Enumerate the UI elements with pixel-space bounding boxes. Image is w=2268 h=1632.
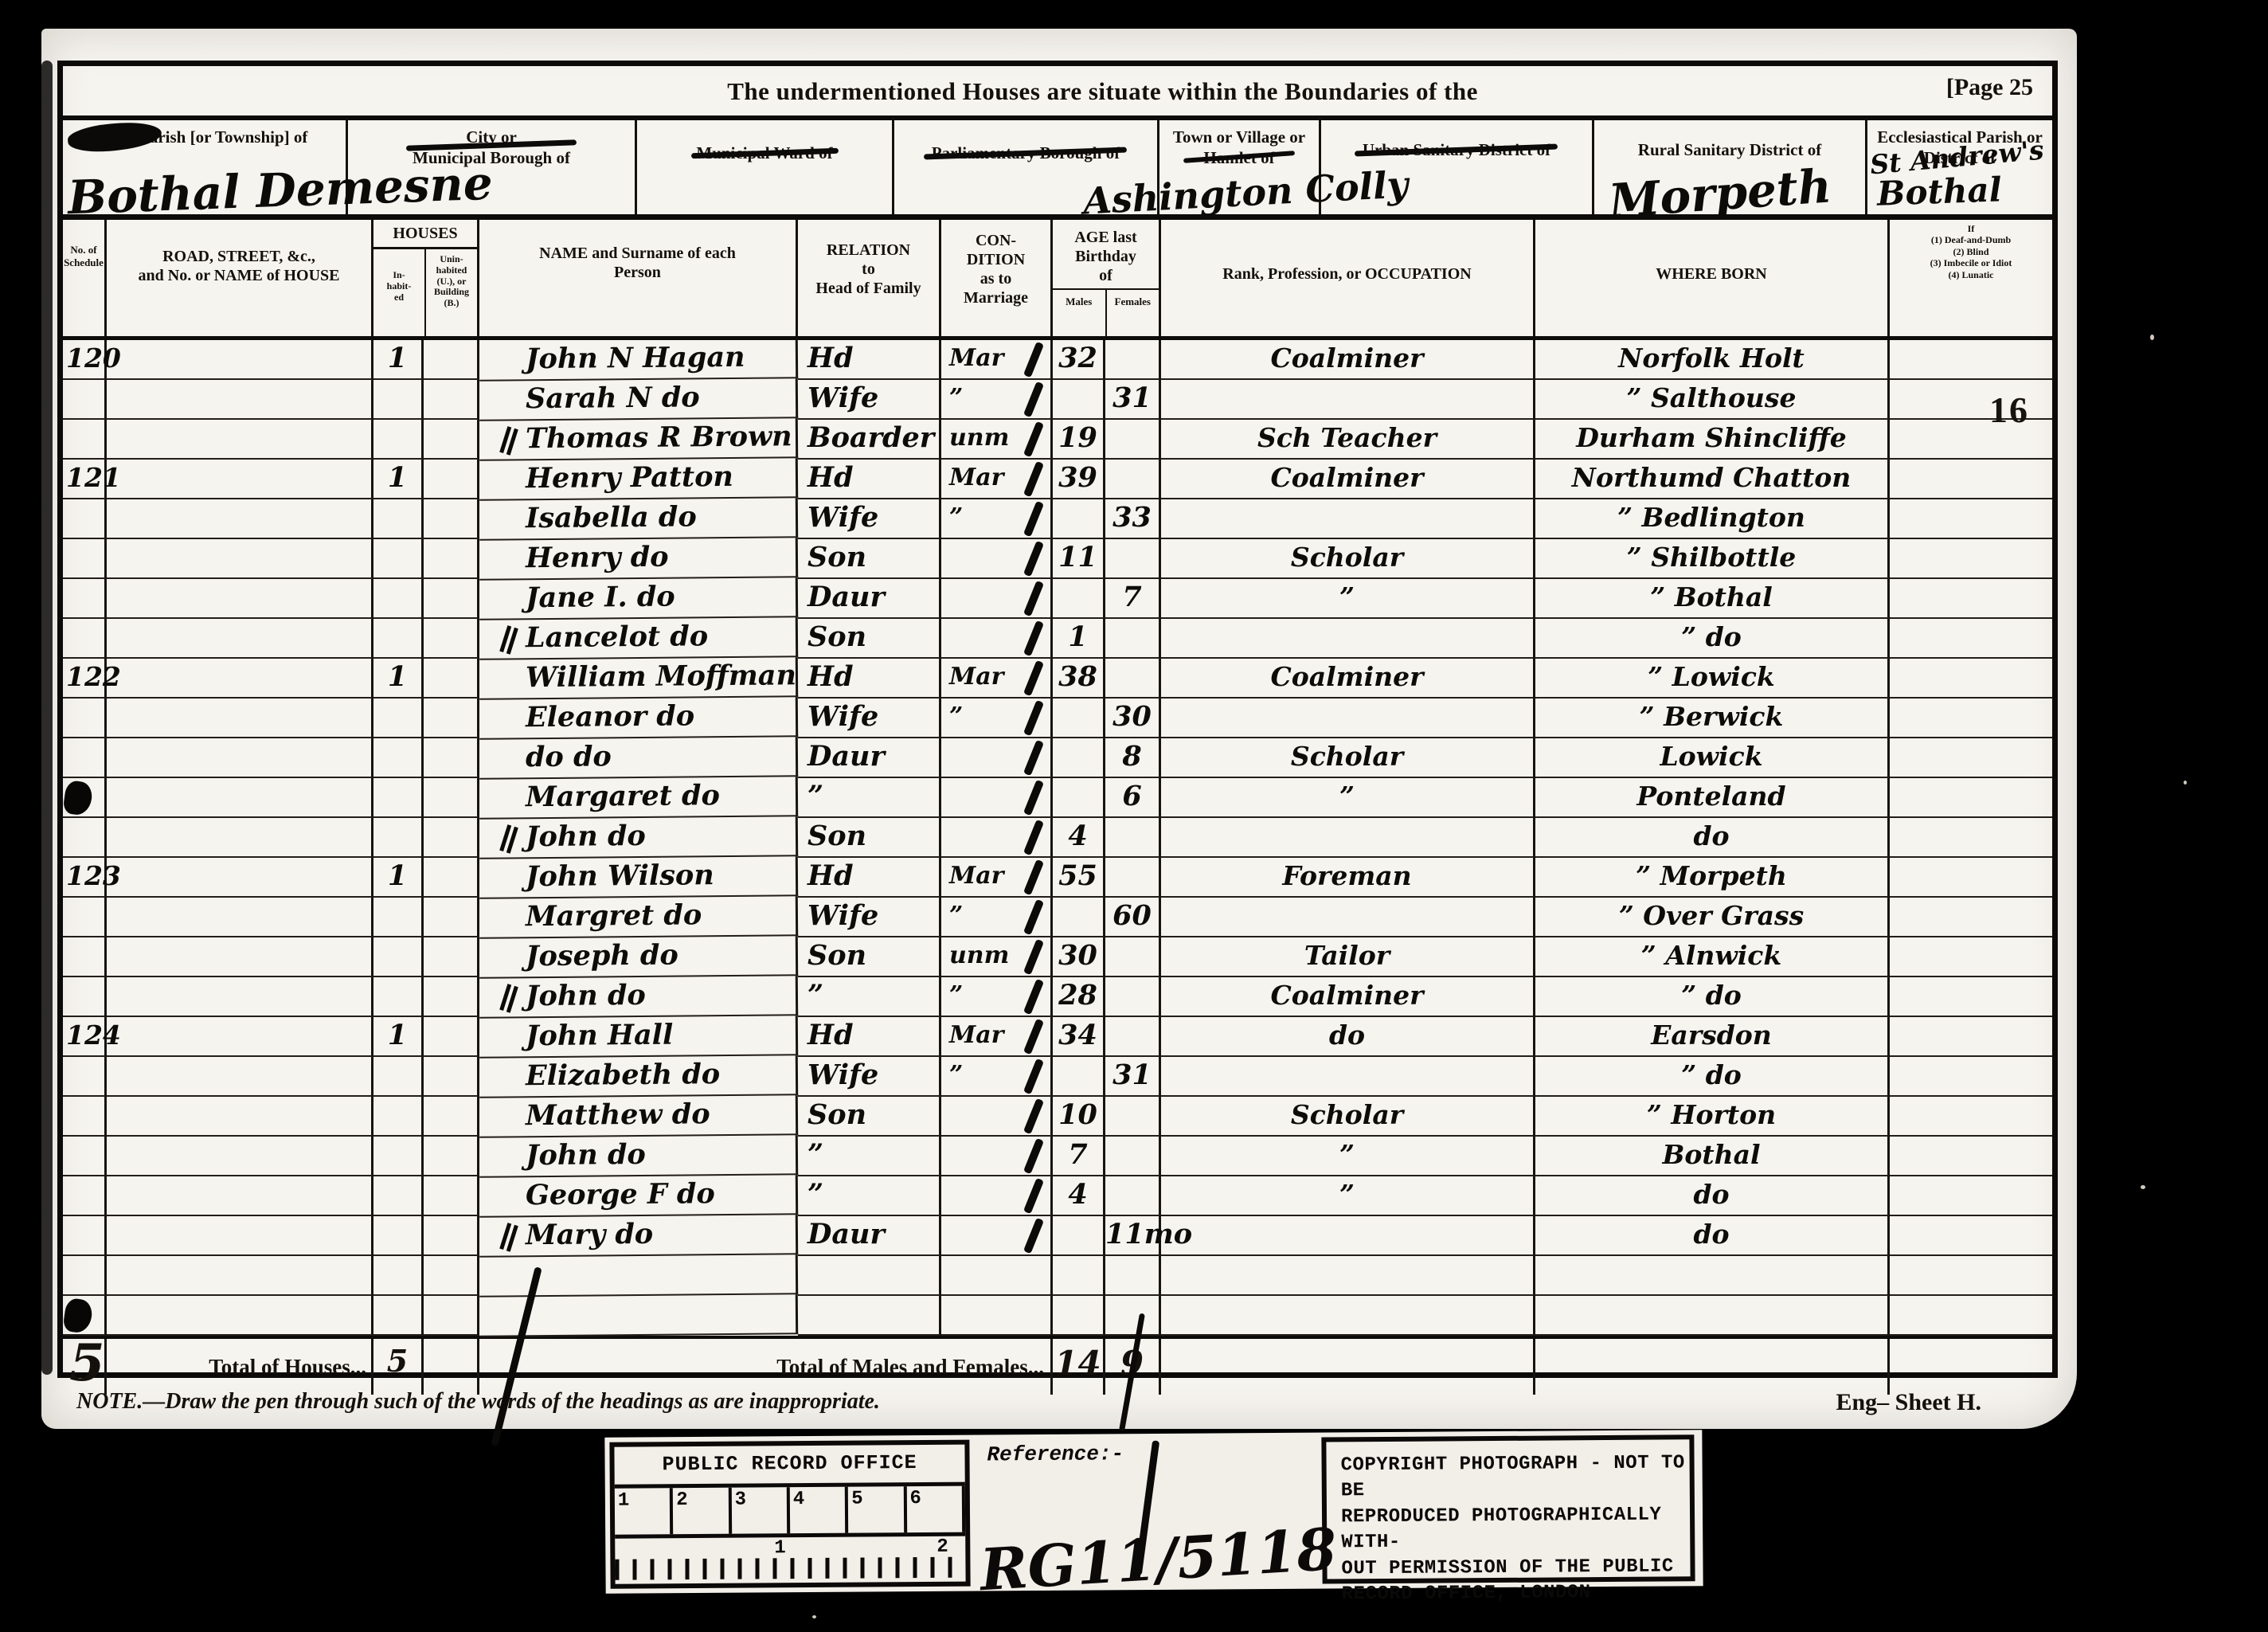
cell-name: Henry do	[479, 538, 798, 580]
copyright-line: REPRODUCED PHOTOGRAPHICALLY WITH-	[1341, 1502, 1690, 1556]
ruler-inch-scale: 123456	[615, 1482, 965, 1535]
cell-uninhabited	[424, 579, 479, 619]
ink-blot	[62, 1297, 94, 1334]
cell-age-female: 7	[1105, 579, 1161, 619]
cell-age-female: 31	[1105, 1057, 1161, 1097]
ruler-inch-segment: 6	[906, 1486, 965, 1533]
cell-age-male: 30	[1053, 937, 1105, 977]
ruler-inch-segment: 3	[731, 1487, 790, 1534]
tally-stroke	[1023, 501, 1044, 537]
ruler-inch-segment: 2	[673, 1488, 732, 1535]
form-title: The undermentioned Houses are situate wi…	[727, 77, 1478, 106]
cell-relation: Son	[798, 1097, 941, 1137]
cell-age-male	[1053, 699, 1105, 738]
pro-office-title: PUBLIC RECORD OFFICE	[614, 1445, 964, 1477]
dust-speck	[812, 1615, 816, 1618]
cell-name: Elizabeth do	[479, 1055, 798, 1098]
cell-age-female: 60	[1105, 898, 1161, 937]
cell-infirmity	[1890, 1176, 2052, 1216]
cell-age-male: 7	[1053, 1137, 1105, 1176]
cell-age-female	[1105, 818, 1161, 858]
tally-stroke	[1023, 939, 1044, 975]
name-text: John do	[526, 1138, 646, 1172]
cell-occupation: Tailor	[1161, 937, 1535, 977]
cell-age-male	[1053, 1057, 1105, 1097]
cell-road	[107, 619, 373, 659]
name-text: Thomas R Brown	[526, 420, 792, 455]
cell-occupation: Coalminer	[1161, 977, 1535, 1017]
ruler-cm-scale: 1 2	[615, 1532, 965, 1580]
cell-condition: Mar	[941, 1017, 1053, 1057]
cell-occupation: Coalminer	[1161, 460, 1535, 499]
cell-age-male	[1053, 1256, 1105, 1296]
totals-schedule-mark: 5	[63, 1339, 107, 1395]
cell-infirmity	[1890, 1057, 2052, 1097]
cell-inhabited	[373, 937, 424, 977]
cell-name: do do	[479, 737, 798, 779]
cell-schedule	[63, 1176, 107, 1216]
col-inhabited: In- habit- ed	[373, 249, 426, 336]
cell-road	[107, 1057, 373, 1097]
col-houses: HOUSES	[373, 220, 477, 249]
page-number: [Page 25	[1946, 74, 2033, 101]
cell-age-male	[1053, 738, 1105, 778]
name-text: John N Hagan	[526, 341, 745, 375]
cell-age-male: 28	[1053, 977, 1105, 1017]
ruler-cm-number: 1	[774, 1537, 786, 1559]
condition-text: Mar	[949, 464, 1003, 491]
sheet-label: Eng– Sheet H.	[1836, 1389, 1981, 1416]
pro-reference-box: Reference:- RG11/5118	[974, 1433, 1322, 1591]
cell-relation	[798, 1296, 941, 1336]
cell-where-born: ” Horton	[1535, 1097, 1890, 1137]
cell-condition: ”	[941, 977, 1053, 1017]
cell-schedule: 124	[63, 1017, 107, 1057]
cell-occupation	[1161, 619, 1535, 659]
cell-condition	[941, 579, 1053, 619]
cell-road	[107, 1256, 373, 1296]
table-row: Joseph do Son unm 30 Tailor ” Alnwick	[63, 937, 2052, 977]
ink-blot	[67, 119, 163, 155]
name-text: Sarah N do	[526, 381, 700, 415]
cell-occupation	[1161, 380, 1535, 420]
cell-road	[107, 1216, 373, 1256]
cell-name: William Moffman	[479, 657, 798, 699]
cell-uninhabited	[424, 818, 479, 858]
cell-age-male: 39	[1053, 460, 1105, 499]
cell-name: John Hall	[479, 1016, 798, 1058]
tally-stroke	[1023, 620, 1044, 656]
cell-relation: Son	[798, 619, 941, 659]
cell-infirmity	[1890, 340, 2052, 380]
cell-schedule	[63, 1097, 107, 1137]
tally-stroke	[1023, 421, 1044, 457]
cell-inhabited	[373, 898, 424, 937]
district-cell-ward: Municipal Ward of	[637, 120, 894, 214]
cell-age-female	[1105, 340, 1161, 380]
cell-condition	[941, 1097, 1053, 1137]
cell-schedule	[63, 738, 107, 778]
cell-uninhabited	[424, 499, 479, 539]
tally-stroke	[1023, 1098, 1044, 1134]
cell-schedule	[63, 380, 107, 420]
cell-road	[107, 1296, 373, 1336]
cell-age-male	[1053, 898, 1105, 937]
cell-inhabited	[373, 1216, 424, 1256]
cell-condition: Mar	[941, 340, 1053, 380]
cell-inhabited	[373, 1097, 424, 1137]
cell-relation: ”	[798, 778, 941, 818]
cell-occupation: ”	[1161, 778, 1535, 818]
name-text: Lancelot do	[526, 620, 708, 654]
district-cell-town: Town or Village or Hamlet of Ashington C…	[1159, 120, 1321, 214]
tally-stroke	[1023, 899, 1044, 935]
cell-uninhabited	[424, 1017, 479, 1057]
cell-inhabited: 1	[373, 340, 424, 380]
cell-inhabited	[373, 420, 424, 460]
tally-stroke	[1023, 700, 1044, 736]
cell-age-female: 31	[1105, 380, 1161, 420]
totals-spacer-2	[1161, 1339, 1535, 1395]
cell-road	[107, 499, 373, 539]
cell-where-born: Bothal	[1535, 1137, 1890, 1176]
cell-where-born	[1535, 1296, 1890, 1336]
cell-name: John do	[479, 816, 798, 859]
cell-name: John do	[479, 1135, 798, 1177]
cell-inhabited	[373, 1137, 424, 1176]
tally-stroke	[1023, 342, 1044, 378]
cell-uninhabited	[424, 1216, 479, 1256]
cell-age-female: 6	[1105, 778, 1161, 818]
cell-road	[107, 460, 373, 499]
cell-where-born: do	[1535, 818, 1890, 858]
cell-age-female	[1105, 1017, 1161, 1057]
cell-uninhabited	[424, 1296, 479, 1336]
name-text: John Wilson	[526, 859, 714, 893]
cell-condition: unm	[941, 420, 1053, 460]
cell-relation: Hd	[798, 340, 941, 380]
table-row: Sarah N do Wife ” 31 ” Salthouse	[63, 380, 2052, 420]
cell-age-female	[1105, 977, 1161, 1017]
cell-relation: Boarder	[798, 420, 941, 460]
condition-text: ”	[949, 1061, 963, 1089]
cell-name: Jane I. do	[479, 577, 798, 620]
dust-speck	[2141, 1185, 2145, 1189]
table-row: George F do ” 4 ” do	[63, 1176, 2052, 1216]
cell-occupation	[1161, 1216, 1535, 1256]
cell-road	[107, 420, 373, 460]
name-text: Isabella do	[526, 500, 697, 534]
cell-condition	[941, 818, 1053, 858]
cell-condition: Mar	[941, 460, 1053, 499]
name-text: Henry do	[526, 541, 669, 575]
cell-occupation: ”	[1161, 1137, 1535, 1176]
cell-where-born: do	[1535, 1216, 1890, 1256]
cell-age-male: 34	[1053, 1017, 1105, 1057]
scan-backdrop: { "page": { "title": "The undermentioned…	[0, 0, 2268, 1632]
cell-occupation	[1161, 898, 1535, 937]
cell-infirmity	[1890, 699, 2052, 738]
cell-inhabited	[373, 738, 424, 778]
cell-road	[107, 539, 373, 579]
condition-text: Mar	[949, 862, 1003, 890]
cell-road	[107, 1097, 373, 1137]
table-row: Lancelot do Son 1 ” do	[63, 619, 2052, 659]
cell-uninhabited	[424, 539, 479, 579]
cell-occupation	[1161, 818, 1535, 858]
cell-condition: unm	[941, 937, 1053, 977]
table-row: Henry do Son 11 Scholar ” Shilbottle	[63, 539, 2052, 579]
cell-schedule: 121	[63, 460, 107, 499]
cell-infirmity	[1890, 1256, 2052, 1296]
reference-value: RG11/5118	[978, 1515, 1338, 1603]
totals-males-females-label: Total of Males and Females...	[479, 1339, 1053, 1395]
col-age: AGE last Birthday of	[1053, 220, 1159, 288]
cell-where-born: ” Salthouse	[1535, 380, 1890, 420]
cell-condition	[941, 1216, 1053, 1256]
table-row: Elizabeth do Wife ” 31 ” do	[63, 1057, 2052, 1097]
totals-spacer-4	[1890, 1339, 2052, 1395]
cell-age-female: 11mo	[1105, 1216, 1161, 1256]
cell-inhabited	[373, 380, 424, 420]
cell-where-born: Northumd Chatton	[1535, 460, 1890, 499]
cell-road	[107, 818, 373, 858]
cell-age-female	[1105, 420, 1161, 460]
cell-name: Joseph do	[479, 936, 798, 978]
col-relation: RELATION to Head of Family	[798, 220, 941, 336]
cell-age-male	[1053, 778, 1105, 818]
name-text: Eleanor do	[526, 699, 695, 734]
cell-relation: Hd	[798, 659, 941, 699]
cell-road	[107, 858, 373, 898]
name-text: Joseph do	[526, 939, 678, 973]
cell-road	[107, 778, 373, 818]
cell-where-born: ” do	[1535, 619, 1890, 659]
cell-occupation: Scholar	[1161, 1097, 1535, 1137]
cell-name: Isabella do	[479, 498, 798, 540]
table-row	[63, 1256, 2052, 1296]
cell-relation: ”	[798, 1137, 941, 1176]
condition-text: ”	[949, 981, 963, 1009]
rural-label: Rural Sanitary District of	[1638, 139, 1821, 160]
district-cell-rural: Rural Sanitary District of Morpeth	[1594, 120, 1867, 214]
cell-relation: Wife	[798, 380, 941, 420]
cell-age-female	[1105, 1296, 1161, 1336]
cell-occupation: Sch Teacher	[1161, 420, 1535, 460]
cell-schedule	[63, 1256, 107, 1296]
cell-inhabited	[373, 579, 424, 619]
cell-condition	[941, 738, 1053, 778]
cell-where-born: ” Alnwick	[1535, 937, 1890, 977]
cell-age-female	[1105, 539, 1161, 579]
cell-occupation: ”	[1161, 1176, 1535, 1216]
table-row: Mary do Daur 11mo do	[63, 1216, 2052, 1256]
table-row: Thomas R Brown Boarder unm 19 Sch Teache…	[63, 420, 2052, 460]
cell-where-born: ” do	[1535, 1057, 1890, 1097]
tally-stroke	[1023, 1138, 1044, 1174]
cell-where-born: ” Berwick	[1535, 699, 1890, 738]
cell-uninhabited	[424, 699, 479, 738]
dust-speck	[2150, 335, 2154, 340]
cell-infirmity	[1890, 579, 2052, 619]
name-text: Elizabeth do	[526, 1058, 721, 1092]
cell-infirmity	[1890, 1017, 2052, 1057]
totals-males-value: 14	[1053, 1339, 1105, 1395]
tally-stroke	[1023, 660, 1044, 696]
cell-occupation: Coalminer	[1161, 659, 1535, 699]
cell-schedule	[63, 1296, 107, 1336]
table-row: Eleanor do Wife ” 30 ” Berwick	[63, 699, 2052, 738]
tally-stroke	[1023, 581, 1044, 616]
cell-uninhabited	[424, 898, 479, 937]
tally-stroke	[1023, 1178, 1044, 1214]
copyright-line: RECORD OFFICE, LONDON	[1342, 1579, 1691, 1607]
cell-age-male: 38	[1053, 659, 1105, 699]
cell-infirmity	[1890, 539, 2052, 579]
cell-relation: ”	[798, 1176, 941, 1216]
cell-where-born: do	[1535, 1176, 1890, 1216]
col-uninhabited: Unin- habited (U.), or Building (B.)	[426, 249, 477, 336]
cell-road	[107, 738, 373, 778]
cell-relation: Hd	[798, 1017, 941, 1057]
col-where-born: WHERE BORN	[1535, 220, 1890, 336]
cell-road	[107, 579, 373, 619]
cell-age-female	[1105, 1176, 1161, 1216]
table-body: 120 1 John N Hagan Hd Mar 32 Coalminer N…	[63, 340, 2052, 1336]
cell-age-male: 4	[1053, 818, 1105, 858]
cell-schedule	[63, 1137, 107, 1176]
cell-name: Matthew do	[479, 1095, 798, 1137]
cell-schedule	[63, 898, 107, 937]
condition-text: unm	[949, 941, 1009, 969]
cell-inhabited: 1	[373, 858, 424, 898]
tally-stroke	[1023, 1019, 1044, 1055]
condition-text: ”	[949, 703, 963, 730]
name-text: Mary do	[526, 1218, 654, 1251]
cell-age-female: 33	[1105, 499, 1161, 539]
cell-age-female	[1105, 937, 1161, 977]
cell-age-male: 11	[1053, 539, 1105, 579]
cell-inhabited: 1	[373, 460, 424, 499]
cell-age-female	[1105, 1256, 1161, 1296]
name-text: William Moffman	[526, 659, 796, 694]
cell-condition: ”	[941, 699, 1053, 738]
cell-occupation: Coalminer	[1161, 340, 1535, 380]
table-row: 121 1 Henry Patton Hd Mar 39 Coalminer N…	[63, 460, 2052, 499]
cell-occupation	[1161, 699, 1535, 738]
name-text: Margret do	[526, 898, 702, 933]
form-title-row: The undermentioned Houses are situate wi…	[63, 66, 2052, 120]
tally-stroke	[1023, 1059, 1044, 1094]
cell-uninhabited	[424, 778, 479, 818]
cell-where-born: Lowick	[1535, 738, 1890, 778]
cell-where-born: ” Bothal	[1535, 579, 1890, 619]
cell-occupation: ”	[1161, 579, 1535, 619]
cell-condition: Mar	[941, 858, 1053, 898]
cell-age-male: 1	[1053, 619, 1105, 659]
cell-infirmity	[1890, 619, 2052, 659]
cell-road	[107, 659, 373, 699]
cell-schedule	[63, 977, 107, 1017]
cell-infirmity	[1890, 1137, 2052, 1176]
cell-age-female: 30	[1105, 699, 1161, 738]
condition-text: Mar	[949, 663, 1003, 691]
pro-ruler-box: PUBLIC RECORD OFFICE 123456 1 2	[609, 1440, 970, 1589]
name-text: do do	[526, 740, 612, 773]
cell-infirmity	[1890, 499, 2052, 539]
form-note: NOTE.—Draw the pen through such of the w…	[76, 1389, 880, 1415]
cell-infirmity	[1890, 1296, 2052, 1336]
cell-relation: Hd	[798, 858, 941, 898]
cell-infirmity	[1890, 977, 2052, 1017]
cell-relation: Wife	[798, 1057, 941, 1097]
cell-where-born: Norfolk Holt	[1535, 340, 1890, 380]
cell-schedule	[63, 818, 107, 858]
name-text: John Hall	[526, 1019, 674, 1053]
ink-blot	[62, 780, 94, 816]
copyright-line: COPYRIGHT PHOTOGRAPH - NOT TO BE	[1340, 1450, 1689, 1505]
cell-relation: Wife	[798, 499, 941, 539]
cell-schedule	[63, 1057, 107, 1097]
cell-age-male	[1053, 579, 1105, 619]
condition-text: Mar	[949, 1021, 1003, 1049]
urban-label: Urban Sanitary District of	[1363, 139, 1550, 160]
cell-condition: ”	[941, 380, 1053, 420]
cell-name: John N Hagan	[479, 339, 798, 381]
cell-name: George F do	[479, 1175, 798, 1217]
cell-relation: Daur	[798, 579, 941, 619]
census-form: The undermentioned Houses are situate wi…	[57, 61, 2058, 1378]
town-label: Town or Village or Hamlet of	[1173, 127, 1305, 169]
cell-condition	[941, 619, 1053, 659]
cell-inhabited	[373, 818, 424, 858]
cell-name: John Wilson	[479, 856, 798, 898]
col-females: Females	[1107, 290, 1159, 336]
col-road: ROAD, STREET, &c., and No. or NAME of HO…	[107, 220, 373, 336]
table-row: John do ” 7 ” Bothal	[63, 1137, 2052, 1176]
cell-condition	[941, 539, 1053, 579]
cell-relation: Daur	[798, 738, 941, 778]
cell-inhabited	[373, 1256, 424, 1296]
cell-relation: Son	[798, 539, 941, 579]
cell-uninhabited	[424, 340, 479, 380]
tally-stroke	[1023, 979, 1044, 1015]
cell-infirmity	[1890, 937, 2052, 977]
cell-age-female	[1105, 619, 1161, 659]
cell-schedule	[63, 619, 107, 659]
cell-age-female	[1105, 460, 1161, 499]
ruler-cm-number: 2	[937, 1536, 948, 1558]
condition-text: ”	[949, 384, 963, 412]
cell-schedule: 120	[63, 340, 107, 380]
cell-uninhabited	[424, 1256, 479, 1296]
pen-mark	[499, 625, 518, 655]
pen-mark	[499, 984, 518, 1013]
totals-houses-label: Total of Houses...	[107, 1339, 373, 1395]
cell-where-born: Earsdon	[1535, 1017, 1890, 1057]
cell-condition	[941, 1256, 1053, 1296]
cell-inhabited	[373, 1176, 424, 1216]
cell-inhabited	[373, 499, 424, 539]
cell-occupation: Scholar	[1161, 539, 1535, 579]
cell-name: Margaret do	[479, 777, 798, 819]
col-schedule: No. of Schedule	[63, 220, 107, 336]
rural-value: Morpeth	[1607, 157, 1833, 230]
condition-text: ”	[949, 902, 963, 929]
cell-age-male: 32	[1053, 340, 1105, 380]
tally-stroke	[1023, 820, 1044, 855]
cell-uninhabited	[424, 1176, 479, 1216]
